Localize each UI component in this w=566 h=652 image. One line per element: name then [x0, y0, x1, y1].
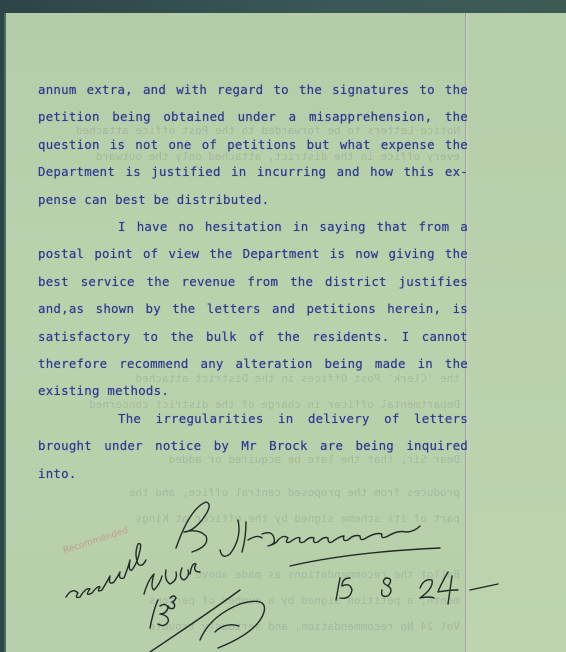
text-line: and,as shown by the letters and petition…	[38, 295, 468, 322]
text-line: existing methods.	[38, 377, 468, 404]
text-line: The irregularities in delivery of letter…	[38, 405, 468, 432]
paragraph-1: annum extra, and with regard to the sign…	[38, 76, 468, 213]
text-line: pense can best be distributed.	[38, 186, 468, 213]
text-line: Department is justified in incurring and…	[38, 158, 468, 185]
text-line: postal point of view the Department is n…	[38, 240, 468, 267]
text-line: petition being obtained under a misappre…	[38, 103, 468, 130]
text-line: I have no hesitation in saying that from…	[38, 213, 468, 240]
paragraph-2: I have no hesitation in saying that from…	[38, 213, 468, 405]
text-line: therefore recommend any alteration being…	[38, 350, 468, 377]
text-line: into.	[38, 460, 468, 487]
text-line: brought under notice by Mr Brock are bei…	[38, 432, 468, 459]
text-line: annum extra, and with regard to the sign…	[38, 76, 468, 103]
typed-memo-body: annum extra, and with regard to the sign…	[38, 76, 468, 487]
paragraph-3: The irregularities in delivery of letter…	[38, 405, 468, 487]
adjacent-page-edge	[466, 13, 566, 652]
text-line: best service the revenue from the distri…	[38, 268, 468, 295]
text-line: satisfactory to the bulk of the resident…	[38, 323, 468, 350]
text-line: question is not one of petitions but wha…	[38, 131, 468, 158]
